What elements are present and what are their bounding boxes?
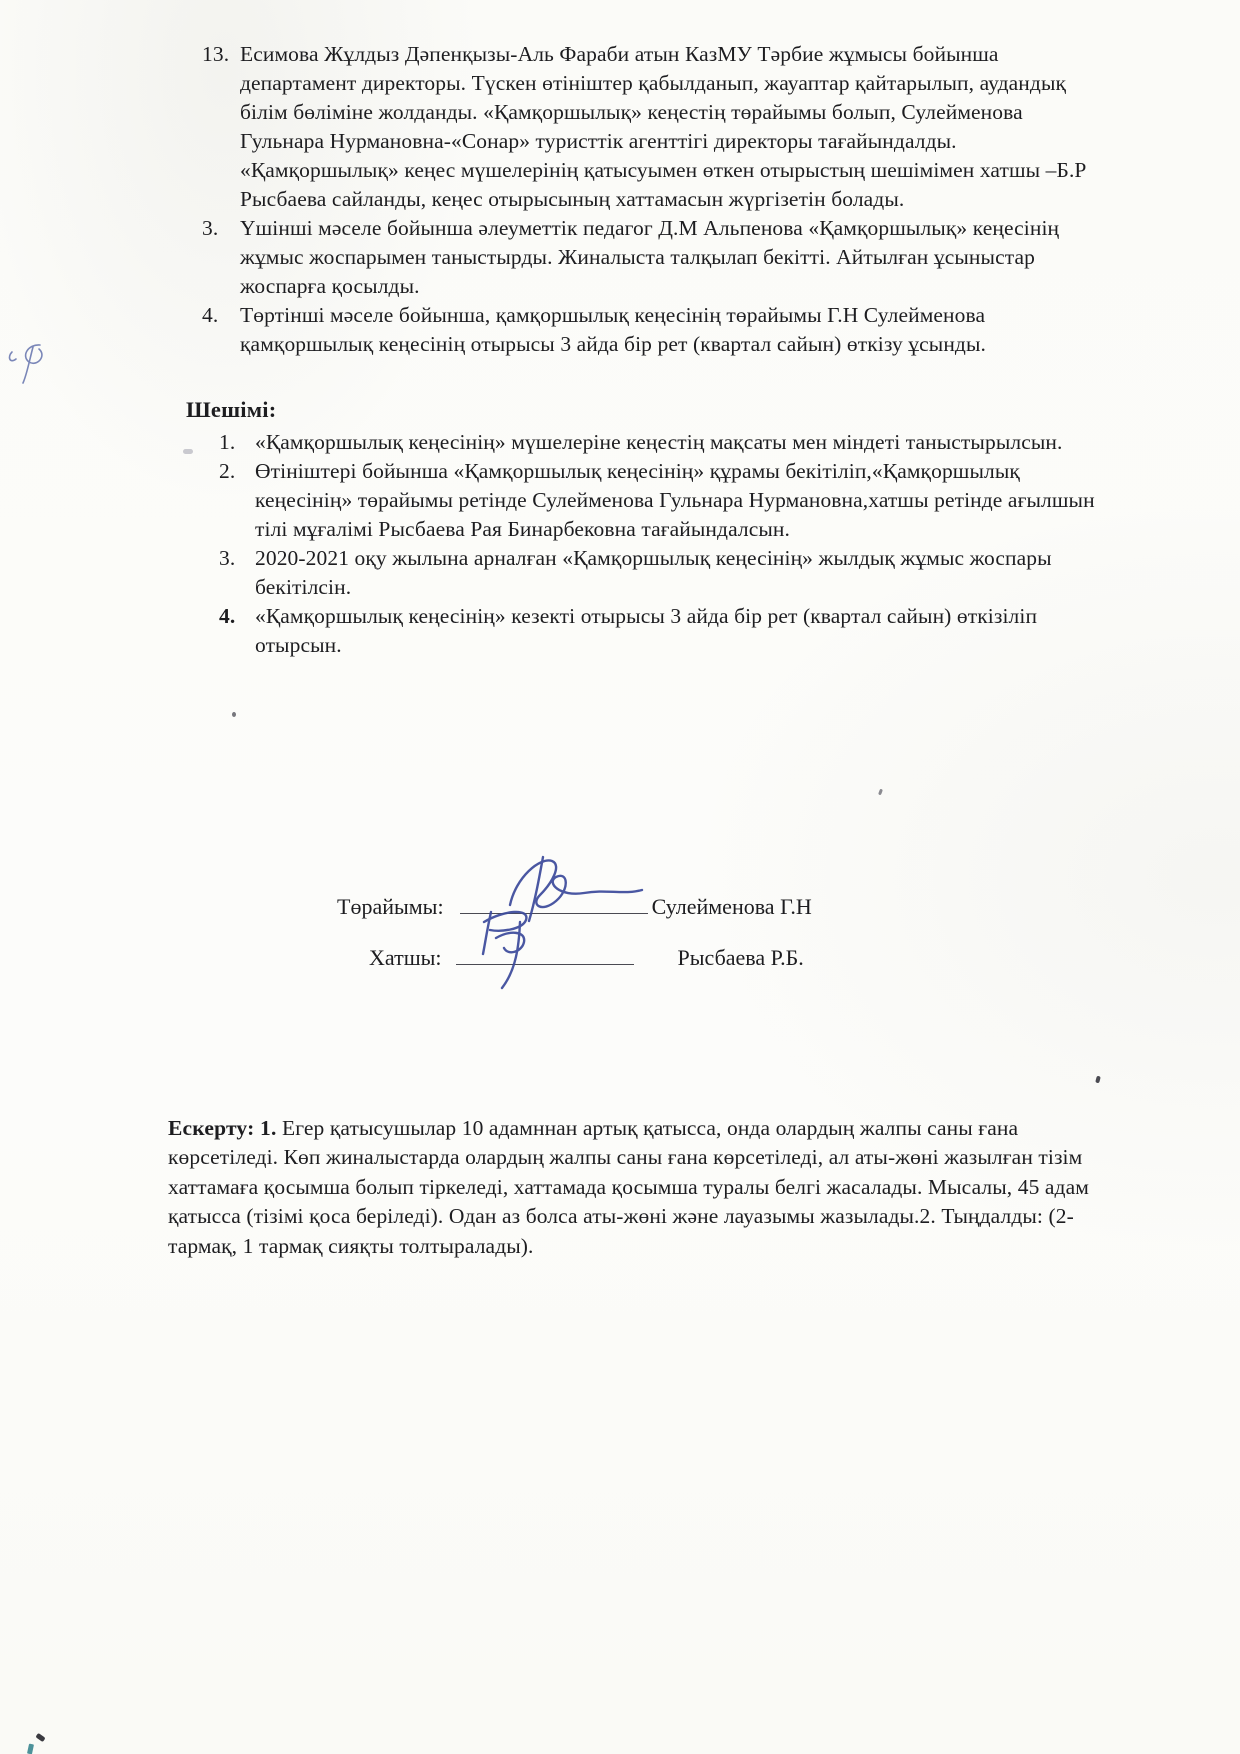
signature-role-label: Хатшы: (369, 945, 442, 971)
signature-row-chairwoman: Төрайымы: Сулейменова Г.Н (337, 893, 812, 920)
scanned-document-page: 13. Есимова Жұлдыз Дәпенқызы-Аль Фараби … (0, 0, 1240, 1754)
list-item: 13. Есимова Жұлдыз Дәпенқызы-Аль Фараби … (240, 40, 1088, 214)
decision-item-text: 2020-2021 оқу жылына арналған «Қамқоршыл… (255, 546, 1052, 599)
list-item-number: 13. (202, 40, 229, 69)
decision-item-text: Өтініштері бойынша «Қамқоршылық кеңесіні… (255, 459, 1095, 541)
footnote-paragraph: Ескерту: 1. Егер қатысушылар 10 адамннан… (168, 1114, 1094, 1262)
decision-list: 1. «Қамқоршылық кеңесінің» мүшелеріне ке… (255, 428, 1095, 660)
list-item-text: Төртінші мәселе бойынша, қамқоршылық кең… (240, 303, 986, 356)
decision-item: 3. 2020-2021 оқу жылына арналған «Қамқор… (255, 544, 1095, 602)
signature-name: Сулейменова Г.Н (652, 894, 812, 920)
signature-line (460, 893, 648, 914)
protocol-list: 13. Есимова Жұлдыз Дәпенқызы-Аль Фараби … (240, 40, 1088, 359)
decision-item-text: «Қамқоршылық кеңесінің» мүшелеріне кеңес… (255, 430, 1062, 454)
list-item: 4. Төртінші мәселе бойынша, қамқоршылық … (240, 301, 1088, 359)
corner-scan-mark (27, 1744, 34, 1754)
signature-line (456, 944, 634, 965)
signature-row-secretary: Хатшы: Рысбаева Р.Б. (369, 944, 804, 971)
signature-name: Рысбаева Р.Б. (678, 945, 804, 971)
handwritten-signature-icon (496, 853, 646, 925)
ink-speck (35, 1733, 45, 1742)
footnote-text: Егер қатысушылар 10 адамннан артық қатыс… (168, 1116, 1089, 1258)
pen-doodle-icon (4, 336, 60, 392)
decision-item-number: 4. (219, 602, 235, 631)
decision-item-text: «Қамқоршылық кеңесінің» кезекті отырысы … (255, 604, 1037, 657)
list-item-number: 3. (202, 214, 218, 243)
decision-item: 1. «Қамқоршылық кеңесінің» мүшелеріне ке… (255, 428, 1095, 457)
list-item: 3. Үшінші мәселе бойынша әлеуметтік педа… (240, 214, 1088, 301)
list-item-number: 4. (202, 301, 218, 330)
decision-item-number: 3. (219, 544, 235, 573)
decision-item-number: 2. (219, 457, 235, 486)
list-item-text: Есимова Жұлдыз Дәпенқызы-Аль Фараби атын… (240, 42, 1086, 211)
ink-speck (878, 789, 883, 796)
ink-speck (232, 712, 236, 717)
ink-speck (183, 449, 193, 454)
ink-speck (1095, 1076, 1101, 1084)
signature-role-label: Төрайымы: (337, 894, 444, 920)
decision-item: 2. Өтініштері бойынша «Қамқоршылық кеңес… (255, 457, 1095, 544)
decision-item: 4. «Қамқоршылық кеңесінің» кезекті отыры… (255, 602, 1095, 660)
footnote-label: Ескерту: 1. (168, 1116, 277, 1140)
list-item-text: Үшінші мәселе бойынша әлеуметтік педагог… (240, 216, 1059, 298)
decision-item-number: 1. (219, 428, 235, 457)
decision-heading: Шешімі: (186, 397, 276, 423)
